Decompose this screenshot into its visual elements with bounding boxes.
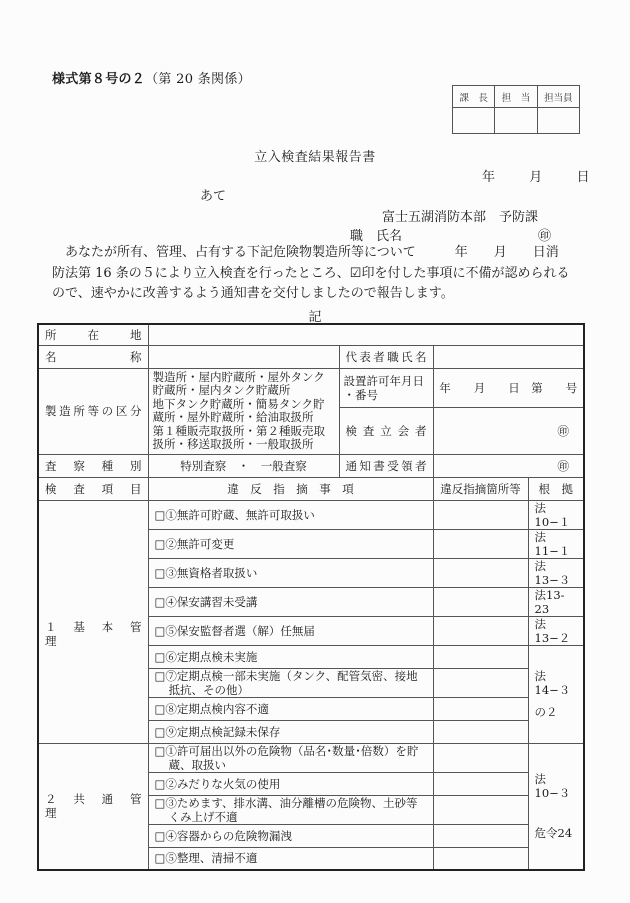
violation-location-field[interactable] [433, 558, 528, 587]
witness-label: 検査立会者 [339, 407, 433, 454]
approval-header-section-chief: 課 長 [453, 86, 495, 108]
facility-type-line: 地下タンク貯蔵所・簡易タンク貯 [153, 398, 335, 412]
section-title: １ 基 本 管 理 [45, 620, 142, 648]
violation-checkbox-item[interactable]: □①無許可貯蔵、無許可取扱い [148, 500, 433, 529]
inspection-type-label: 査 察 種 別 [38, 454, 148, 477]
permit-label-line2: ・番号 [344, 388, 429, 402]
approval-stamp-section-chief[interactable] [453, 108, 495, 134]
date-day-label: 日 [577, 166, 590, 185]
basis-line: 法10−３ [535, 772, 578, 800]
violation-item-text: □⑦定期点検一部未実施（タンク、配管気密、接地抵抗、その他） [155, 669, 429, 697]
violation-location-field[interactable] [433, 616, 528, 645]
notice-receiver-label: 通知書受領者 [339, 454, 433, 477]
section-title-common-management: ２ 共 通 管 理 [38, 743, 148, 870]
facility-type-options[interactable]: 製造所・屋内貯蔵所・屋外タンク 貯蔵所・屋内タンク貯蔵所 地下タンク貯蔵所・簡易… [148, 368, 339, 454]
violation-checkbox-item[interactable]: □②無許可変更 [148, 529, 433, 558]
report-date: 年 月 日 [482, 166, 590, 185]
form-number-label: 様式第８号の２ [52, 72, 145, 87]
basis-cell-grouped: 法 14−３ の２ [528, 645, 584, 743]
facility-type-line: 第１種販売取扱所・第２種販売取 [153, 425, 335, 439]
basis-cell: 法11−１ [528, 529, 584, 558]
violation-checkbox-item[interactable]: □⑦定期点検一部未実施（タンク、配管気密、接地抵抗、その他） [148, 668, 433, 697]
sender-organization: 富士五湖消防本部 予防課 [382, 206, 538, 225]
basis-cell: 法13−３ [528, 558, 584, 587]
approval-stamp-box: 課 長 担 当 担当員 [452, 85, 580, 134]
facility-type-line: 扱所・移送取扱所・一般取扱所 [153, 438, 335, 452]
location-field[interactable] [148, 324, 584, 345]
violation-checkbox-item[interactable]: □⑤保安監督者選（解）任無届 [148, 616, 433, 645]
approval-stamp-in-charge[interactable] [495, 108, 537, 134]
inspection-type-options[interactable]: 特別査察 ・ 一般査察 [148, 454, 339, 477]
row-name: 名 称 代表者職氏名 [38, 345, 584, 368]
basis-line: 危令24 [535, 826, 578, 840]
name-field[interactable] [148, 345, 339, 368]
section-title-basic-management: １ 基 本 管 理 [38, 500, 148, 743]
violation-location-field[interactable] [433, 720, 528, 743]
seal-mark: ㊞ [558, 459, 570, 473]
basis-line: の２ [535, 705, 578, 719]
violation-checkbox-item[interactable]: □②みだりな火気の使用 [148, 772, 433, 795]
inspection-table: 所 在 地 名 称 代表者職氏名 製造所等の区分 製造所・屋内貯蔵所・屋外タンク… [37, 323, 585, 871]
permit-label-line1: 設置許可年月日 [344, 374, 429, 388]
violation-checkbox-item[interactable]: □⑤整理、清掃不適 [148, 847, 433, 870]
date-month-label: 月 [529, 166, 542, 185]
basis-cell: 法13-23 [528, 587, 584, 616]
violation-checkbox-item[interactable]: □①許可届出以外の危険物（品名･数量･倍数）を貯蔵、取扱い [148, 743, 433, 772]
column-header-violation: 違 反 指 摘 事 項 [148, 477, 433, 500]
violation-checkbox-item[interactable]: □⑥定期点検未実施 [148, 645, 433, 668]
approval-header-in-charge: 担 当 [495, 86, 537, 108]
body-line: ので、速やかに改善するよう通知書を交付しましたので報告します。 [52, 284, 592, 305]
violation-location-field[interactable] [433, 743, 528, 772]
violation-checkbox-item[interactable]: □④保安講習未受講 [148, 587, 433, 616]
form-reference: （第 20 条関係） [145, 72, 251, 87]
violation-location-field[interactable] [433, 795, 528, 824]
basis-cell: 法13−２ [528, 616, 584, 645]
approval-stamp-staff[interactable] [537, 108, 579, 134]
row-inspection-type: 査 察 種 別 特別査察 ・ 一般査察 通知書受領者 ㊞ [38, 454, 584, 477]
approval-header-staff: 担当員 [537, 86, 579, 108]
facility-type-label: 製造所等の区分 [38, 368, 148, 454]
violation-location-field[interactable] [433, 772, 528, 795]
violation-checkbox-item[interactable]: □④容器からの危険物漏洩 [148, 824, 433, 847]
violation-item-text: □③ためます、排水溝、油分離槽の危険物、土砂等くみ上げ不適 [155, 796, 429, 824]
basis-cell: 法10−１ [528, 500, 584, 529]
row-column-header: 検 査 項 目 違 反 指 摘 事 項 違反指摘箇所等 根 拠 [38, 477, 584, 500]
column-header-location: 違反指摘箇所等 [433, 477, 528, 500]
violation-item-text: □①許可届出以外の危険物（品名･数量･倍数）を貯蔵、取扱い [155, 744, 429, 772]
notice-receiver-field[interactable]: ㊞ [433, 454, 584, 477]
column-header-basis: 根 拠 [528, 477, 584, 500]
date-year-label: 年 [482, 166, 495, 185]
row-facility-type: 製造所等の区分 製造所・屋内貯蔵所・屋外タンク 貯蔵所・屋内タンク貯蔵所 地下タ… [38, 368, 584, 407]
basis-line: 法 14−３ [535, 669, 578, 697]
sender-name-label: 職 氏名 [350, 225, 402, 244]
permit-date-number-field[interactable]: 年 月 日 第 号 [433, 368, 584, 407]
permit-label: 設置許可年月日 ・番号 [339, 368, 433, 407]
violation-location-field[interactable] [433, 668, 528, 697]
name-label: 名 称 [38, 345, 148, 368]
facility-type-line: 蔵所・屋外貯蔵所・給油取扱所 [153, 411, 335, 425]
violation-location-field[interactable] [433, 697, 528, 720]
seal-mark: ㊞ [538, 225, 551, 244]
column-header-item: 検 査 項 目 [38, 477, 148, 500]
table-row: １ 基 本 管 理 □①無許可貯蔵、無許可取扱い 法10−１ [38, 500, 584, 529]
body-line: あなたが所有、管理、占有する下記危険物製造所等について 年 月 日消 [52, 243, 592, 264]
form-number: 様式第８号の２（第 20 条関係） [52, 68, 251, 87]
body-text: あなたが所有、管理、占有する下記危険物製造所等について 年 月 日消 防法第 1… [52, 243, 592, 305]
violation-checkbox-item[interactable]: □⑨定期点検記録未保存 [148, 720, 433, 743]
violation-location-field[interactable] [433, 500, 528, 529]
witness-field[interactable]: ㊞ [433, 407, 584, 454]
facility-type-line: 製造所・屋内貯蔵所・屋外タンク [153, 371, 335, 385]
violation-location-field[interactable] [433, 529, 528, 558]
violation-checkbox-item[interactable]: □③ためます、排水溝、油分離槽の危険物、土砂等くみ上げ不適 [148, 795, 433, 824]
representative-label: 代表者職氏名 [339, 345, 433, 368]
location-label: 所 在 地 [38, 324, 148, 345]
violation-checkbox-item[interactable]: □⑧定期点検内容不適 [148, 697, 433, 720]
document-title: 立入検査結果報告書 [0, 146, 630, 165]
seal-mark: ㊞ [558, 424, 570, 438]
violation-location-field[interactable] [433, 847, 528, 870]
violation-location-field[interactable] [433, 587, 528, 616]
addressee: あて [200, 185, 226, 204]
table-row: ２ 共 通 管 理 □①許可届出以外の危険物（品名･数量･倍数）を貯蔵、取扱い … [38, 743, 584, 772]
facility-type-line: 貯蔵所・屋内タンク貯蔵所 [153, 384, 335, 398]
row-location: 所 在 地 [38, 324, 584, 345]
violation-checkbox-item[interactable]: □③無資格者取扱い [148, 558, 433, 587]
representative-field[interactable] [433, 345, 584, 368]
body-line: 防法第 16 条の５により立入検査を行ったところ、☑印を付した事項に不備が認めら… [52, 264, 592, 285]
basis-cell-grouped: 法10−３ 危令24 [528, 743, 584, 870]
violation-location-field[interactable] [433, 824, 528, 847]
violation-location-field[interactable] [433, 645, 528, 668]
